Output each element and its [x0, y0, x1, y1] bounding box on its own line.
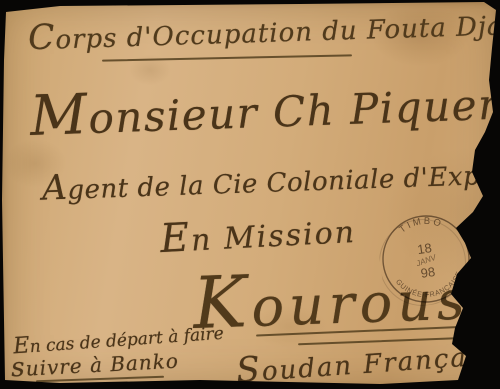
envelope-paper: Corps d'Occupation du Fouta Djallon Mons… — [0, 0, 500, 389]
mission-line: En Mission — [159, 206, 357, 262]
postmark-year: 98 — [420, 264, 436, 281]
header-underline — [102, 54, 352, 61]
envelope-scan: Corps d'Occupation du Fouta Djallon Mons… — [0, 0, 500, 389]
postmark-town-text: TIMBO — [396, 213, 446, 236]
recipient-role-line: Agent de la Cie Coloniale d'Exporta — [41, 151, 500, 208]
recipient-name-line: Monsieur Ch Piquerez — [29, 67, 500, 149]
postmark-stamp: TIMBO GUINÉE-FRANÇAISE 18 JANV 98 — [374, 207, 478, 311]
header-corps-line: Corps d'Occupation du Fouta Djallon — [28, 2, 500, 59]
